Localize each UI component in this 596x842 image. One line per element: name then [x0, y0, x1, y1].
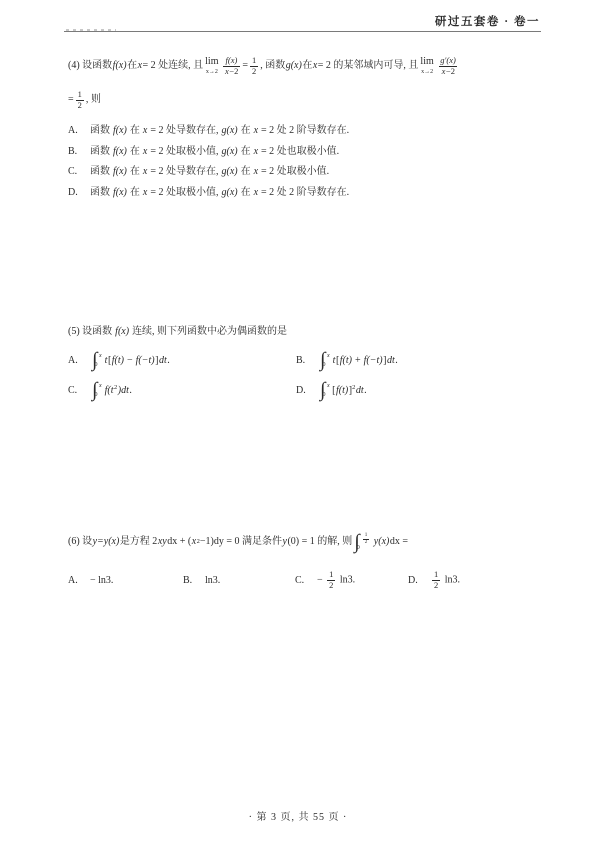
- q4-option-c: C. 函数 f(x) 在 x = 2 处导数存在, g(x) 在 x = 2 处…: [68, 162, 546, 183]
- q5-option-c-label: C.: [68, 385, 90, 396]
- q6-option-a-label: A.: [68, 575, 90, 586]
- q5-option-d-text: ∫x0[f(t)]2dt.: [318, 382, 367, 399]
- q5-option-c-text: ∫x0f(t2)dt.: [90, 382, 132, 399]
- q6-option-c-label: C.: [295, 575, 317, 586]
- q5-option-d: D. ∫x0[f(t)]2dt.: [296, 376, 546, 406]
- q5-stem: (5) 设函数 f(x) 连续, 则下列函数中必为偶函数的是: [68, 325, 546, 339]
- q6-option-d-text: 12 ln3.: [430, 570, 460, 591]
- q5-option-b-text: ∫x0t[f(t) + f(−t)]dt.: [318, 352, 398, 369]
- question-5: (5) 设函数 f(x) 连续, 则下列函数中必为偶函数的是 A. ∫x0t[f…: [68, 325, 546, 406]
- q4-options: A. 函数 f(x) 在 x = 2 处导数存在, g(x) 在 x = 2 处…: [68, 121, 546, 203]
- q4-option-a-label: A.: [68, 125, 90, 136]
- q5-option-b: B. ∫x0t[f(t) + f(−t)]dt.: [296, 346, 546, 376]
- page-footer: · 第 3 页, 共 55 页 ·: [0, 808, 596, 823]
- q5-options: A. ∫x0t[f(t) − f(−t)]dt. B. ∫x0t[f(t) + …: [68, 346, 546, 406]
- q6-option-d: D. 12 ln3.: [408, 566, 460, 594]
- q6-option-b: B. ln3.: [183, 566, 220, 594]
- q6-option-a-text: − ln3.: [90, 575, 113, 586]
- q5-option-b-label: B.: [296, 355, 318, 366]
- q5-option-d-label: D.: [296, 385, 318, 396]
- q6-option-c-text: − 12 ln3.: [317, 570, 355, 591]
- q6-option-b-text: ln3.: [205, 575, 220, 586]
- header-title: 研过五套卷 · 卷一: [435, 13, 540, 29]
- q5-option-a: A. ∫x0t[f(t) − f(−t)]dt.: [68, 346, 296, 376]
- header-rule: [64, 31, 541, 32]
- q4-option-d-label: D.: [68, 187, 90, 198]
- q4-option-b: B. 函数 f(x) 在 x = 2 处取极小值, g(x) 在 x = 2 处…: [68, 142, 546, 163]
- q4-stem-line1: (4) 设函数 f(x) 在 x = 2 处连续, 且 limx→2f(x)x−…: [68, 50, 546, 82]
- q5-option-a-label: A.: [68, 355, 90, 366]
- q5-option-a-text: ∫x0t[f(t) − f(−t)]dt.: [90, 352, 170, 369]
- q6-option-b-label: B.: [183, 575, 205, 586]
- q4-option-c-label: C.: [68, 166, 90, 177]
- q4-option-d: D. 函数 f(x) 在 x = 2 处取极小值, g(x) 在 x = 2 处…: [68, 183, 546, 204]
- q5-option-c: C. ∫x0f(t2)dt.: [68, 376, 296, 406]
- q4-option-a: A. 函数 f(x) 在 x = 2 处导数存在, g(x) 在 x = 2 处…: [68, 121, 546, 142]
- q6-option-a: A. − ln3.: [68, 566, 113, 594]
- q4-option-b-label: B.: [68, 146, 90, 157]
- question-6: (6) 设 y = y(x) 是方程 2xydx + (x2−1)dy = 0 …: [68, 526, 546, 594]
- q4-option-b-text: 函数 f(x) 在 x = 2 处取极小值, g(x) 在 x = 2 处也取极…: [90, 142, 339, 157]
- question-4: (4) 设函数 f(x) 在 x = 2 处连续, 且 limx→2f(x)x−…: [68, 50, 546, 203]
- q6-options: A. − ln3. B. ln3. C. − 12 ln3. D. 12 ln3…: [68, 566, 546, 594]
- footer-page-number: · 第 3 页, 共 55 页 ·: [249, 812, 348, 823]
- q6-option-c: C. − 12 ln3.: [295, 566, 355, 594]
- page: 研过五套卷 · 卷一 (4) 设函数 f(x) 在 x = 2 处连续, 且 l…: [0, 0, 596, 842]
- q4-option-c-text: 函数 f(x) 在 x = 2 处导数存在, g(x) 在 x = 2 处取极小…: [90, 162, 329, 177]
- q4-option-a-text: 函数 f(x) 在 x = 2 处导数存在, g(x) 在 x = 2 处 2 …: [90, 121, 349, 136]
- q6-option-d-label: D.: [408, 575, 430, 586]
- q4-stem-line2: = 12, 则: [68, 88, 546, 112]
- q6-stem: (6) 设 y = y(x) 是方程 2xydx + (x2−1)dy = 0 …: [68, 526, 546, 558]
- q4-option-d-text: 函数 f(x) 在 x = 2 处取极小值, g(x) 在 x = 2 处 2 …: [90, 183, 349, 198]
